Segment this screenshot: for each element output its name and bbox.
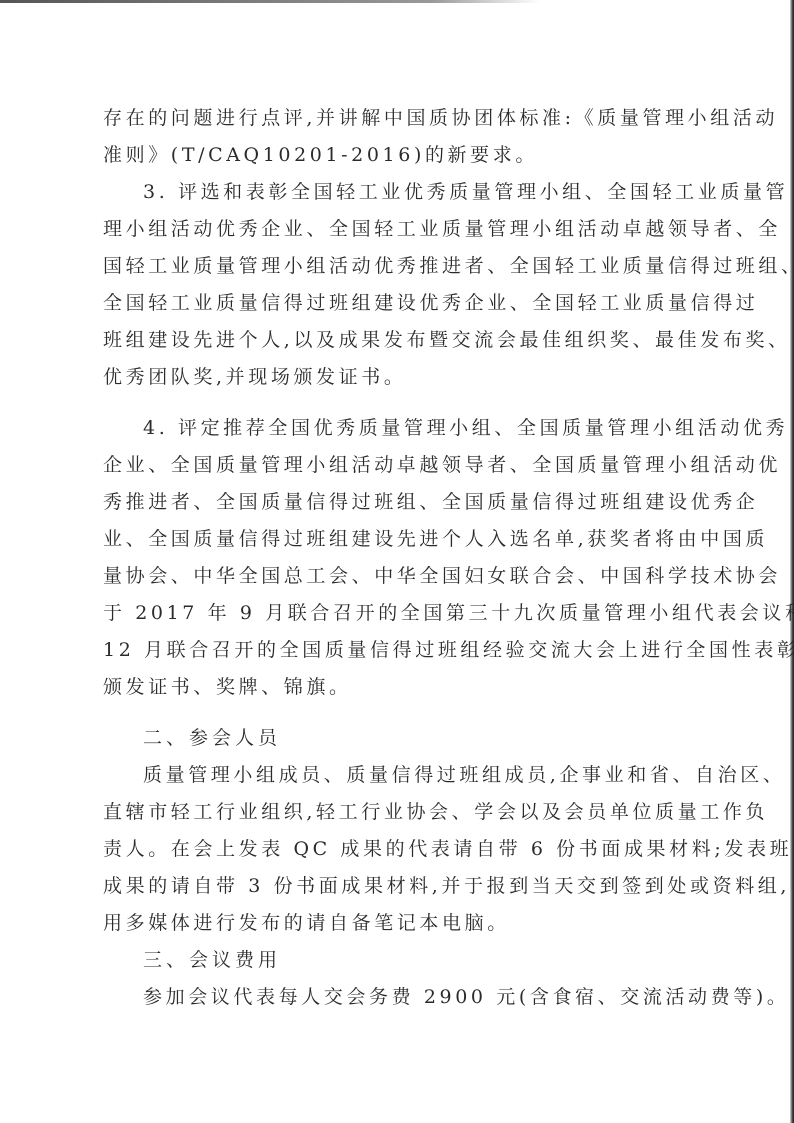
text-line: 量协会、中华全国总工会、中华全国妇女联合会、中国科学技术协会 bbox=[103, 558, 713, 595]
scan-right-edge-shadow bbox=[790, 0, 794, 1123]
text-line: 准则》(T/CAQ10201-2016)的新要求。 bbox=[103, 137, 713, 174]
text-line: 用多媒体进行发布的请自备笔记本电脑。 bbox=[103, 905, 713, 942]
text-line: 责人。在会上发表 QC 成果的代表请自带 6 份书面成果材料;发表班组 bbox=[103, 831, 713, 868]
section-fees: 三、会议费用 参加会议代表每人交会务费 2900 元(含食宿、交流活动费等)。 bbox=[103, 942, 713, 1016]
text-line: 于 2017 年 9 月联合召开的全国第三十九次质量管理小组代表会议和 bbox=[103, 595, 713, 632]
paragraph-item-4: 4. 评定推荐全国优秀质量管理小组、全国质量管理小组活动优秀 企业、全国质量管理… bbox=[103, 410, 713, 706]
text-line: 秀推进者、全国质量信得过班组、全国质量信得过班组建设优秀企 bbox=[103, 484, 713, 521]
text-line: 12 月联合召开的全国质量信得过班组经验交流大会上进行全国性表彰, bbox=[103, 632, 713, 669]
text-line: 业、全国质量信得过班组建设先进个人入选名单,获奖者将由中国质 bbox=[103, 521, 713, 558]
text-line: 质量管理小组成员、质量信得过班组成员,企事业和省、自治区、 bbox=[103, 757, 713, 794]
text-line: 3. 评选和表彰全国轻工业优秀质量管理小组、全国轻工业质量管 bbox=[103, 174, 713, 211]
text-line: 企业、全国质量管理小组活动卓越领导者、全国质量管理小组活动优 bbox=[103, 447, 713, 484]
section-heading: 三、会议费用 bbox=[103, 942, 713, 979]
text-line: 直辖市轻工行业组织,轻工行业协会、学会以及会员单位质量工作负 bbox=[103, 794, 713, 831]
text-line: 存在的问题进行点评,并讲解中国质协团体标准:《质量管理小组活动 bbox=[103, 100, 713, 137]
text-line: 班组建设先进个人,以及成果发布暨交流会最佳组织奖、最佳发布奖、 bbox=[103, 322, 713, 359]
paragraph-intro-continued: 存在的问题进行点评,并讲解中国质协团体标准:《质量管理小组活动 准则》(T/CA… bbox=[103, 100, 713, 174]
section-attendees: 二、参会人员 质量管理小组成员、质量信得过班组成员,企事业和省、自治区、 直辖市… bbox=[103, 720, 713, 942]
text-line: 4. 评定推荐全国优秀质量管理小组、全国质量管理小组活动优秀 bbox=[103, 410, 713, 447]
text-line: 理小组活动优秀企业、全国轻工业质量管理小组活动卓越领导者、全 bbox=[103, 211, 713, 248]
text-line: 成果的请自带 3 份书面成果材料,并于报到当天交到签到处或资料组, bbox=[103, 868, 713, 905]
text-line: 参加会议代表每人交会务费 2900 元(含食宿、交流活动费等)。 bbox=[103, 979, 713, 1016]
section-heading: 二、参会人员 bbox=[103, 720, 713, 757]
document-page: 存在的问题进行点评,并讲解中国质协团体标准:《质量管理小组活动 准则》(T/CA… bbox=[103, 100, 713, 1016]
text-line: 颁发证书、奖牌、锦旗。 bbox=[103, 669, 713, 706]
text-line: 国轻工业质量管理小组活动优秀推进者、全国轻工业质量信得过班组、 bbox=[103, 248, 713, 285]
scan-top-edge-shadow bbox=[0, 0, 540, 3]
text-line: 全国轻工业质量信得过班组建设优秀企业、全国轻工业质量信得过 bbox=[103, 285, 713, 322]
text-line: 优秀团队奖,并现场颁发证书。 bbox=[103, 359, 713, 396]
paragraph-item-3: 3. 评选和表彰全国轻工业优秀质量管理小组、全国轻工业质量管 理小组活动优秀企业… bbox=[103, 174, 713, 396]
